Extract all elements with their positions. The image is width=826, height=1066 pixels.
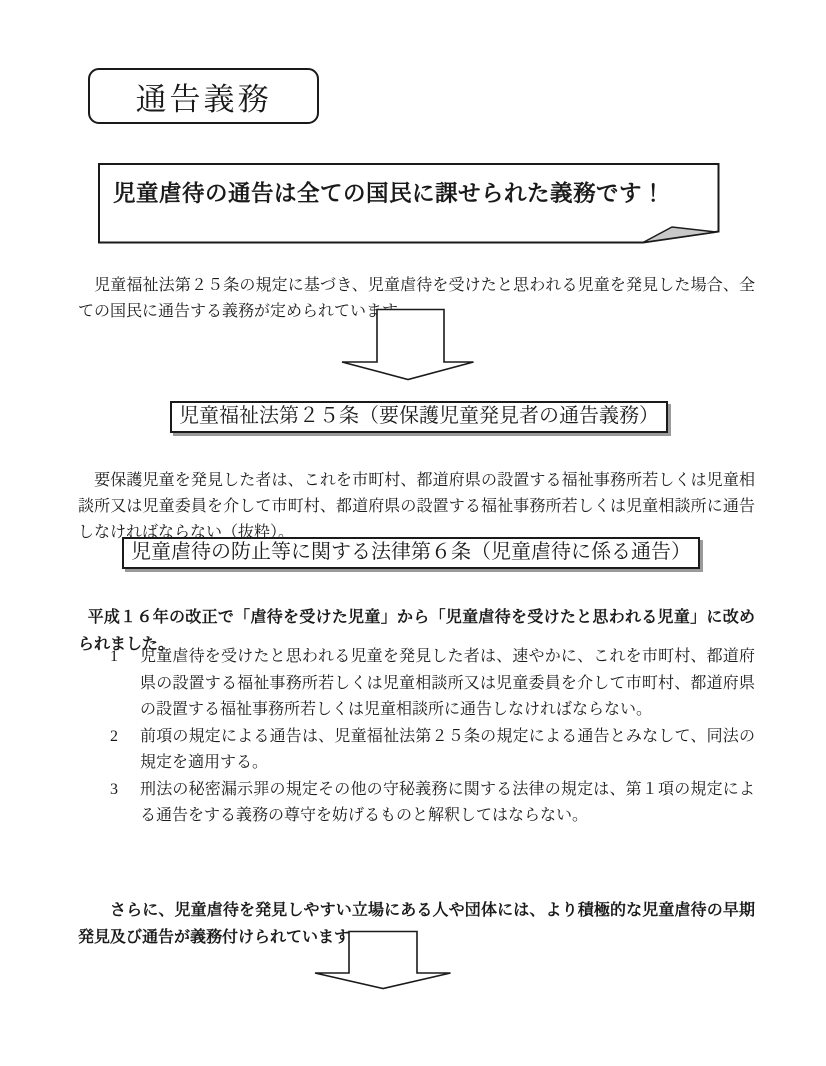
list-item-text: 前項の規定による通告は、児童福祉法第２５条の規定による通告とみなして、同法の規定…: [140, 724, 755, 777]
law2-heading: 児童虐待の防止等に関する法律第６条（児童虐待に係る通告）: [122, 537, 700, 569]
page-title-label: 通告義務: [136, 74, 272, 119]
list-item-text: 児童虐待を受けたと思われる児童を発見した者は、速やかに、これを市町村、都道府県の…: [140, 644, 755, 724]
callout-text: 児童虐待の通告は全ての国民に課せられた義務です！: [113, 176, 705, 208]
down-arrow-icon: [313, 930, 453, 991]
down-arrow-icon: [340, 308, 476, 382]
list-item-number: 2: [110, 724, 140, 777]
list-item: 2 前項の規定による通告は、児童福祉法第２５条の規定による通告とみなして、同法の…: [110, 724, 755, 777]
list-item: 1 児童虐待を受けたと思われる児童を発見した者は、速やかに、これを市町村、都道府…: [110, 644, 755, 724]
list-item: 3 刑法の秘密漏示罪の規定その他の守秘義務に関する法律の規定は、第１項の規定によ…: [110, 777, 755, 830]
law1-heading: 児童福祉法第２５条（要保護児童発見者の通告義務）: [170, 401, 668, 433]
list-item-text: 刑法の秘密漏示罪の規定その他の守秘義務に関する法律の規定は、第１項の規定による通…: [140, 777, 755, 830]
list-item-number: 1: [110, 644, 140, 724]
law1-body: 要保護児童を発見した者は、これを市町村、都道府県の設置する福祉事務所若しくは児童…: [78, 468, 755, 546]
law2-item-list: 1 児童虐待を受けたと思われる児童を発見した者は、速やかに、これを市町村、都道府…: [110, 644, 755, 830]
callout-box: 児童虐待の通告は全ての国民に課せられた義務です！: [98, 163, 720, 244]
page-title: 通告義務: [88, 68, 319, 124]
document-page: 通告義務 児童虐待の通告は全ての国民に課せられた義務です！ 児童福祉法第２５条の…: [0, 0, 826, 1066]
list-item-number: 3: [110, 777, 140, 830]
